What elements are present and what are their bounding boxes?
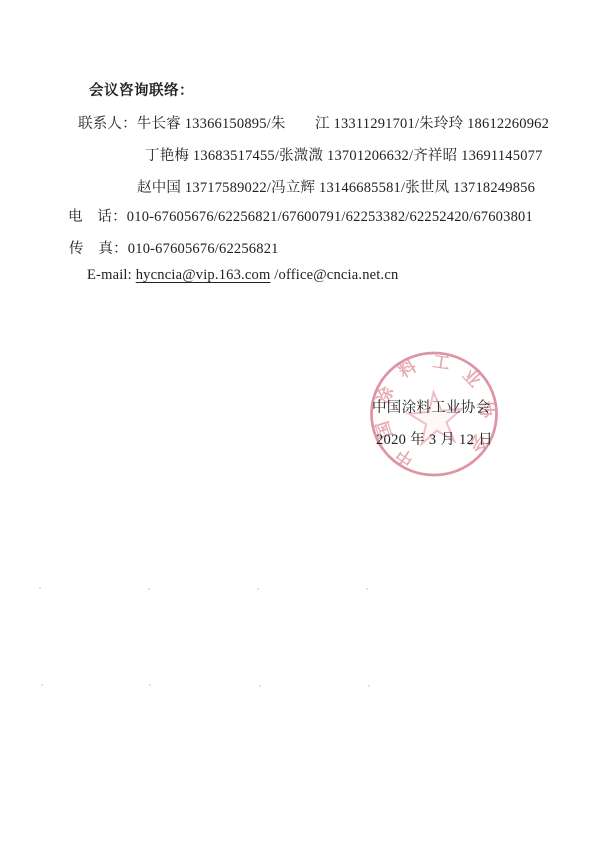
contact-line-persons-1: 联系人：牛长睿 13366150895/朱 江 13311291701/朱玲玲 … [78,112,549,133]
email-label: E-mail: [87,267,136,283]
scan-speck [149,684,151,686]
seal-arc-char: 工 [431,352,450,373]
scan-speck [39,587,41,589]
section-heading: 会议咨询联络： [89,79,194,100]
contact-line-persons-2: 丁艳梅 13683517455/张溦溦 13701206632/齐祥昭 1369… [145,144,543,165]
scan-speck [368,685,370,687]
document-page: 会议咨询联络： 联系人：牛长睿 13366150895/朱 江 13311291… [0,0,600,856]
contact-line-phone: 电 话：010-67605676/62256821/67600791/62253… [68,205,533,226]
seal-arc-char: 业 [459,365,484,390]
contact-line-persons-3: 赵中国 13717589022/冯立辉 13146685581/张世凤 1371… [137,176,535,197]
contact-line-email: E-mail: hycncia@vip.163.com /office@cnci… [87,267,398,284]
scan-speck [366,588,368,590]
scan-speck [148,588,150,590]
signature-date: 2020 年 3 月 12 日 [376,428,493,449]
scan-speck [259,685,261,687]
email-secondary: /office@cncia.net.cn [270,267,398,283]
seal-arc-char: 料 [395,356,420,382]
contact-line-fax: 传 真：010-67605676/62256821 [69,237,279,258]
scan-speck [41,684,43,686]
signature-org: 中国涂料工业协会 [372,396,490,417]
email-primary: hycncia@vip.163.com [136,267,271,283]
scan-speck [257,588,259,590]
